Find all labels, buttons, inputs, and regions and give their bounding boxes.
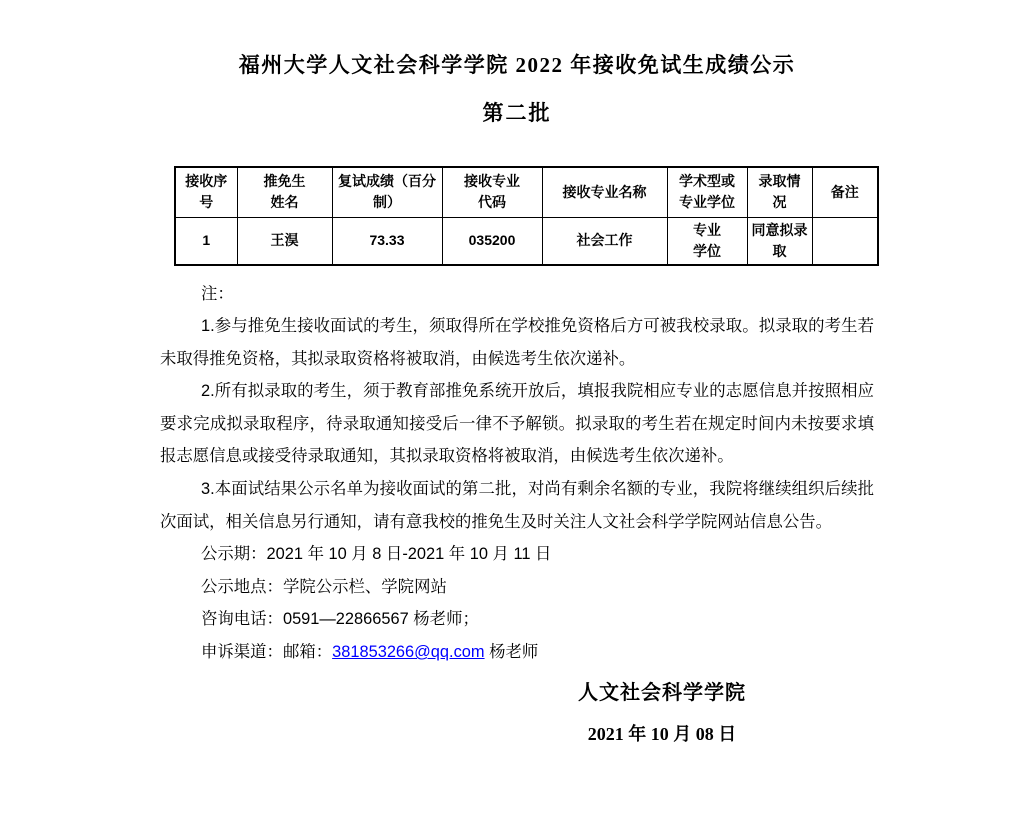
- document-subtitle: 第二批: [160, 100, 874, 126]
- col-header-score: 复试成绩（百分 制）: [332, 167, 442, 217]
- cell-major-code: 035200: [442, 217, 542, 265]
- document-content: 福州大学人文社会科学学院 2022 年接收免试生成绩公示 第二批 接收序 号 推…: [160, 0, 874, 755]
- notes-section: 注： 1.参与推免生接收面试的考生，须取得所在学校推免资格后方可被我校录取。拟录…: [160, 278, 874, 755]
- appeal-prefix: 申诉渠道：邮箱：: [201, 643, 332, 661]
- cell-degree-type: 专业 学位: [667, 217, 747, 265]
- col-header-admission-status: 录取情 况: [747, 167, 812, 217]
- results-table: 接收序 号 推免生 姓名 复试成绩（百分 制） 接收专业 代码 接收专业名称 学…: [174, 166, 879, 266]
- col-header-degree-type: 学术型或 专业学位: [667, 167, 747, 217]
- cell-remarks: [812, 217, 878, 265]
- document-title: 福州大学人文社会科学学院 2022 年接收免试生成绩公示: [160, 0, 874, 78]
- note-2: 2.所有拟录取的考生，须于教育部推免系统开放后，填报我院相应专业的志愿信息并按照…: [160, 375, 874, 473]
- publicity-period: 公示期：2021 年 10 月 8 日-2021 年 10 月 11 日: [160, 538, 874, 571]
- cell-major-name: 社会工作: [542, 217, 667, 265]
- appeal-suffix: 杨老师: [485, 643, 539, 661]
- col-header-name: 推免生 姓名: [237, 167, 332, 217]
- col-header-remarks: 备注: [812, 167, 878, 217]
- publicity-location: 公示地点：学院公示栏、学院网站: [160, 571, 874, 604]
- note-3: 3.本面试结果公示名单为接收面试的第二批，对尚有剩余名额的专业，我院将继续组织后…: [160, 473, 874, 538]
- col-header-major-code: 接收专业 代码: [442, 167, 542, 217]
- signature-org: 人文社会科学学院: [575, 673, 749, 713]
- cell-admission-status: 同意拟录 取: [747, 217, 812, 265]
- cell-seq: 1: [175, 217, 237, 265]
- cell-score: 73.33: [332, 217, 442, 265]
- col-header-major-name: 接收专业名称: [542, 167, 667, 217]
- cell-name: 王淏: [237, 217, 332, 265]
- signature-block: 人文社会科学学院 2021 年 10 月 08 日: [575, 673, 749, 755]
- note-1: 1.参与推免生接收面试的考生，须取得所在学校推免资格后方可被我校录取。拟录取的考…: [160, 310, 874, 375]
- consult-phone: 咨询电话：0591—22866567 杨老师；: [160, 603, 874, 636]
- document-page: 福州大学人文社会科学学院 2022 年接收免试生成绩公示 第二批 接收序 号 推…: [0, 0, 1019, 825]
- notes-label: 注：: [160, 278, 874, 311]
- appeal-channel: 申诉渠道：邮箱：381853266@qq.com 杨老师: [160, 636, 874, 669]
- col-header-seq: 接收序 号: [175, 167, 237, 217]
- table-header-row: 接收序 号 推免生 姓名 复试成绩（百分 制） 接收专业 代码 接收专业名称 学…: [175, 167, 878, 217]
- signature-date: 2021 年 10 月 08 日: [575, 713, 749, 755]
- table-row: 1 王淏 73.33 035200 社会工作 专业 学位 同意拟录 取: [175, 217, 878, 265]
- email-link[interactable]: 381853266@qq.com: [332, 643, 484, 661]
